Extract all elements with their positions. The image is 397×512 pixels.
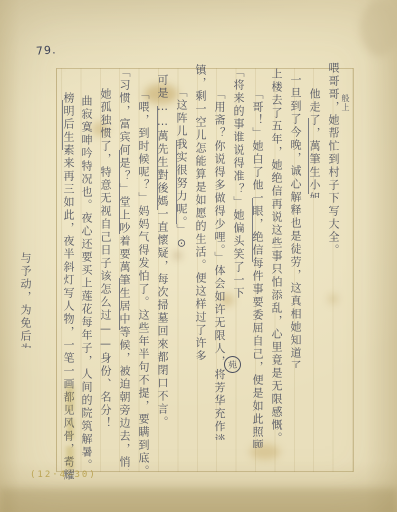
margin-stamp-smudge [66, 446, 74, 470]
proper-noun-mark [308, 118, 309, 194]
proper-noun-mark [157, 106, 158, 210]
manuscript-column: 她孤独惯了，特意无视自己日子该怎么过——身份、名分！ [97, 88, 114, 432]
proper-noun-mark [119, 150, 120, 234]
margin-stamp-smudge [66, 386, 74, 412]
margin-stamp-smudge [67, 418, 74, 440]
manuscript-column: 「用斋？你说得多做得少哩。」体会如许无限人，将芳华充作谈资。 [211, 88, 228, 440]
proper-noun-mark [119, 278, 120, 330]
proper-noun-mark [176, 140, 177, 224]
manuscript-column: 喂哥哥，她帮忙到村子下写大全。 [325, 62, 342, 262]
page-number: 79. [36, 43, 57, 57]
proper-noun-mark [62, 100, 63, 150]
manuscript-column: 「哥！」她白了他一眼，绝信每件事要委屈自己，便是如此照顾家人。 [249, 88, 266, 448]
manuscript-column: 「喂，到时候呢？」妈妈气得发怕了。这些年半句不提，要瞒到底。 [135, 88, 152, 472]
proper-noun-mark [252, 198, 253, 262]
manuscript-column: 「将来的事谁说得准？」她偏头笑了一下。 [230, 66, 247, 300]
manuscript-column: 「习惯，富宾何是？」堂上吵着要萬筆生居中等候，被迫朝旁边去，悄无声息。 [116, 66, 133, 470]
manuscript-column: 曲寂寞呻吟特况也。夜心还要买上莲花每年子，人间的院筑解暑。 [78, 95, 95, 468]
manuscript-column: 上楼去了五年，她绝信再说这些事只怕添乱，心里竟是无限感慨。 [268, 68, 285, 442]
manuscript-column: 与予动，为免后为看。 [17, 252, 34, 348]
archive-stamp: (12·4—30) [30, 470, 97, 480]
manuscript-column: 镇，剩一空儿怎能算是如愿的生活。便这样过了许多年。 [192, 64, 209, 360]
interlinear-insert-note: 般上 [340, 94, 351, 112]
manuscript-column: 一旦到了今晚，诚心解释也是徒劳，这真相她知道了。 [287, 74, 304, 368]
